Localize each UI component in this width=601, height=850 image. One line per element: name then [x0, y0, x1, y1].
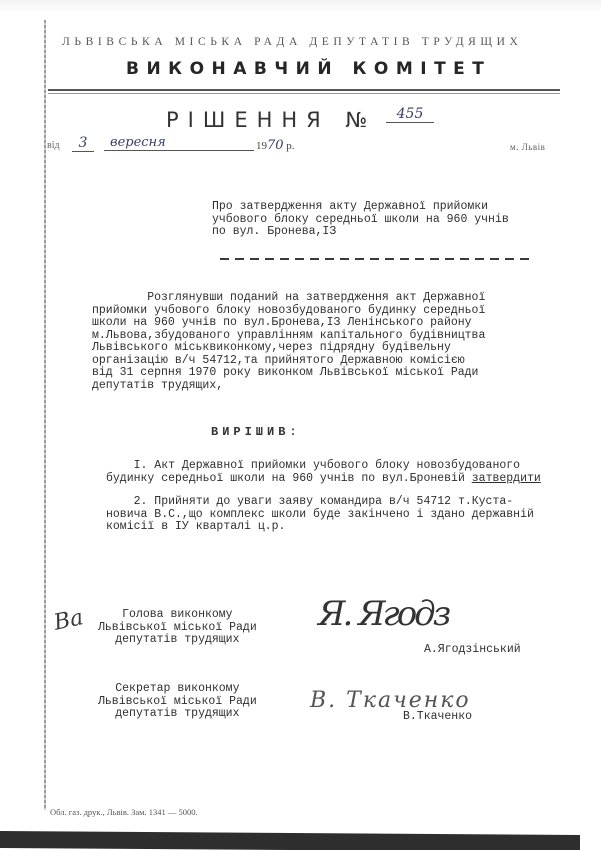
scan-edge	[0, 0, 601, 12]
header-rule	[48, 89, 560, 91]
scan-bottom-edge	[0, 831, 580, 850]
date-year: 1970 р.	[256, 138, 295, 153]
date-year-handwritten: 70	[267, 138, 284, 153]
chairman-signature: Я. Ягодз	[318, 594, 448, 634]
decision-title: РІШЕННЯ №	[166, 108, 376, 132]
decision-number: 455	[386, 106, 434, 123]
printer-imprint: Обл. газ. друк., Львів. Зам. 1341 — 5000…	[50, 807, 198, 817]
resolution-item-1: І. Акт Державної прийомки учбового блоку…	[106, 460, 541, 485]
secretary-title: Секретар виконкому Львівської міської Ра…	[98, 683, 257, 721]
approve-emphasis: затвердити	[472, 472, 541, 485]
subject-divider	[220, 258, 530, 260]
visa-mark: Ва	[52, 605, 86, 636]
date-year-printed: 19	[256, 140, 267, 152]
chairman-name: А.Ягодзінський	[424, 644, 521, 657]
chairman-title: Голова виконкому Львівської міської Ради…	[98, 609, 257, 647]
date-day: 3	[72, 135, 94, 152]
header-rule-thin	[48, 93, 560, 94]
date-suffix: р.	[286, 140, 294, 152]
decision-subject: Про затвердження акту Державної прийомки…	[212, 201, 509, 239]
resolved-heading: ВИРІШИВ:	[211, 425, 301, 439]
date-month: вересня	[104, 135, 254, 151]
council-header: ЛЬВІВСЬКА МІСЬКА РАДА ДЕПУТАТІВ ТРУДЯЩИХ	[62, 36, 562, 48]
margin-line	[44, 20, 46, 810]
secretary-name: В.Ткаченко	[403, 711, 472, 724]
resolution-item-2: 2. Прийняти до уваги заяву командира в/ч…	[106, 496, 534, 534]
resolution-item-1-text: І. Акт Державної прийомки учбового блоку…	[106, 459, 520, 485]
preamble-paragraph: Розглянувши поданий на затвердження акт …	[92, 292, 485, 392]
city: м. Львів	[510, 142, 545, 152]
committee-header: ВИКОНАВЧИЙ КОМІТЕТ	[126, 59, 491, 79]
